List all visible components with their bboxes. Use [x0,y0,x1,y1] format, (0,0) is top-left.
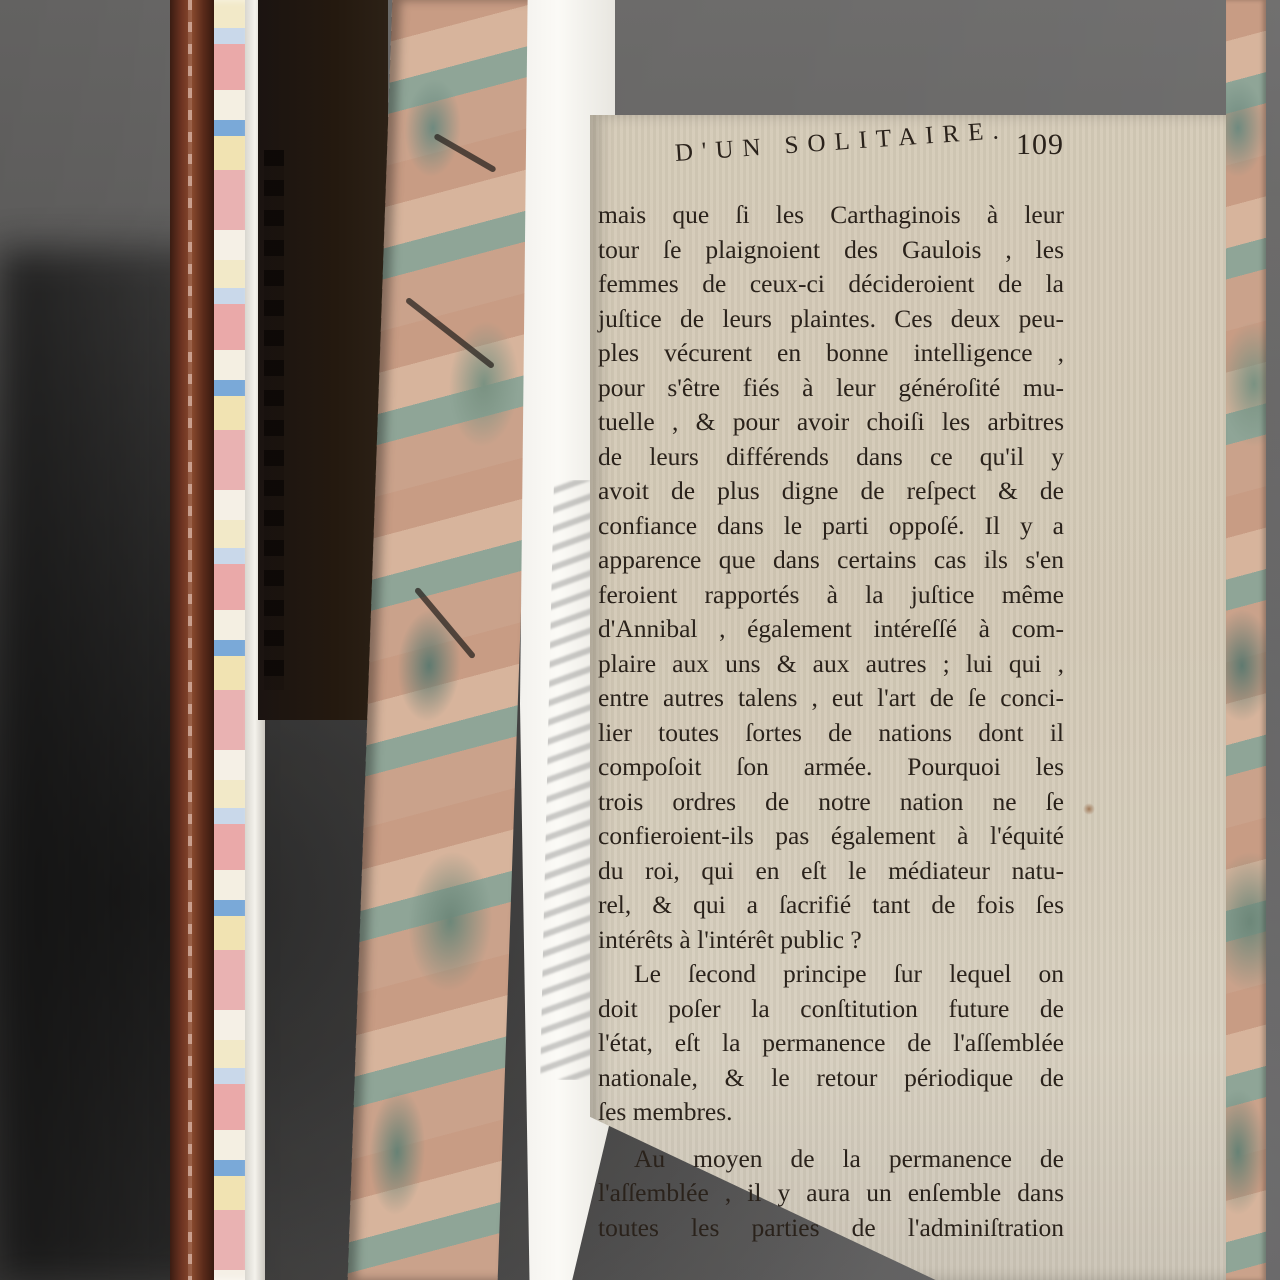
text-line: femmes de ceux-ci décideroient de la [598,267,1064,302]
text-line: feroient rapportés à la juſtice même [598,578,1064,613]
text-line: de leurs différends dans ce qu'il y [598,440,1064,475]
text-line: l'état, eſt la permanence de l'aſſemblée [598,1026,1064,1061]
text-line: apparence que dans certains cas ils s'en [598,543,1064,578]
text-line: compoſoit ſon armée. Pourquoi les [598,750,1064,785]
marbled-fore-edge-right [1226,0,1266,1280]
text-line: l'aſſemblée , il y aura un enſemble dans [598,1176,1064,1211]
text-line: mais que ſi les Carthaginois à leur [598,198,1064,233]
text-line: toutes les parties de l'adminiſtration [598,1211,1064,1246]
page-number: 109 [1016,128,1064,162]
text-line: confieroient-ils pas également à l'équit… [598,819,1064,854]
text-lines: mais que ſi les Carthaginois à leur tour… [598,198,1064,1245]
text-line: nationale, & le retour périodique de [598,1061,1064,1096]
text-line: juſtice de leurs plaintes. Ces deux peu- [598,302,1064,337]
text-line: intérêts à l'intérêt public ? [598,923,1064,958]
text-line: ples vécurent en bonne intelligence , [598,336,1064,371]
text-line: tour ſe plaignoient des Gaulois , les [598,233,1064,268]
ornamental-border [264,150,284,690]
paragraph-start-line: Le ſecond principe ſur lequel on [598,957,1064,992]
text-line: ſes membres. [598,1095,1064,1130]
text-line: du roi, qui en eſt le médiateur natu- [598,854,1064,889]
text-line: pour s'être fiés à leur généroſité mu- [598,371,1064,406]
text-line: confiance dans le parti oppoſé. Il y a [598,509,1064,544]
text-line: trois ordres de notre nation ne ſe [598,785,1064,820]
text-line: rel, & qui a ſacrifié tant de fois ſes [598,888,1064,923]
text-line: plaire aux uns & aux autres ; lui qui , [598,647,1064,682]
text-line: lier toutes ſortes de nations dont il [598,716,1064,751]
paragraph-start-line: Au moyen de la permanence de [598,1142,1064,1177]
running-head: D'UN SOLITAIRE. 109 [598,138,1064,198]
leather-binding-edge [170,0,218,1280]
text-line: doit poſer la conſtitution future de [598,992,1064,1027]
text-line: avoit de plus digne de reſpect & de [598,474,1064,509]
text-line: d'Annibal , également intéreſſé à com- [598,612,1064,647]
page-text-block: D'UN SOLITAIRE. 109 mais que ſi les Cart… [598,138,1064,1245]
text-line: tuelle , & pour avoir choiſi les arbitre… [598,405,1064,440]
text-line: entre autres talens , eut l'art de ſe co… [598,681,1064,716]
foxing-spot [1083,803,1095,815]
